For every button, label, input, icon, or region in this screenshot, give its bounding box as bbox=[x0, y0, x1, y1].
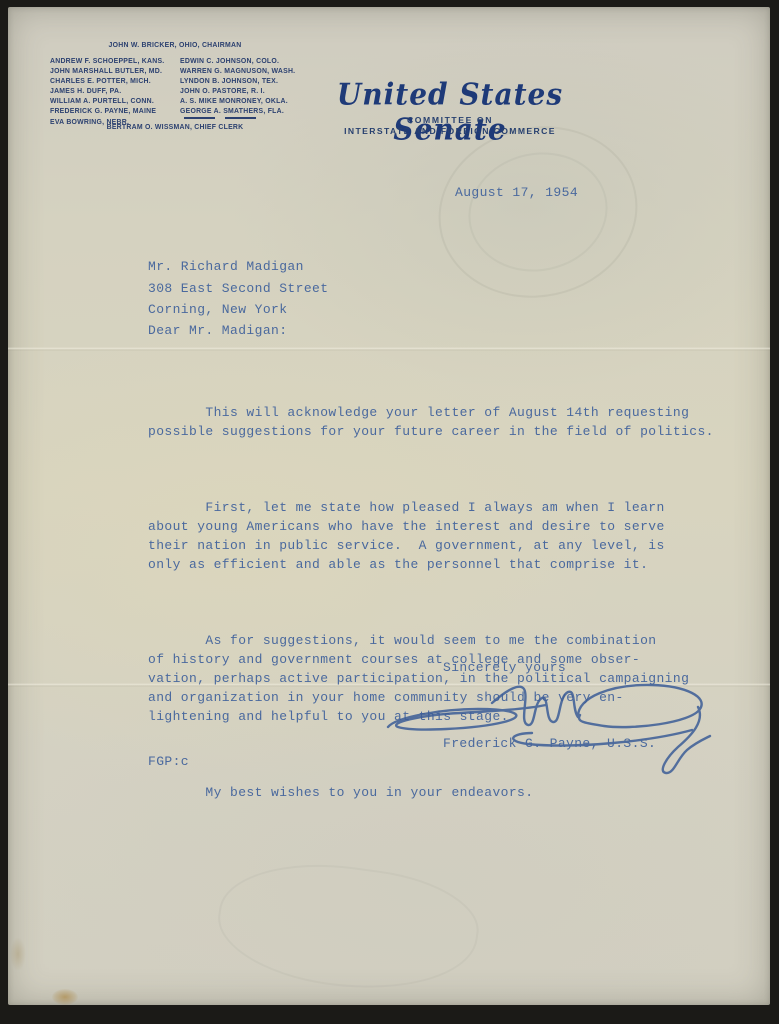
signature-autograph bbox=[380, 675, 716, 783]
committee-name-label: INTERSTATE AND FOREIGN COMMERCE bbox=[300, 126, 600, 136]
salutation-line: Dear Mr. Madigan: bbox=[148, 321, 287, 340]
committee-members-left-column: ANDREW F. SCHOEPPEL, KANS. JOHN MARSHALL… bbox=[50, 57, 185, 128]
chief-clerk-line: BERTRAM O. WISSMAN, CHIEF CLERK bbox=[40, 123, 310, 133]
body-paragraph: First, let me state how pleased I always… bbox=[148, 498, 708, 574]
committee-on-label: COMMITTEE ON bbox=[300, 115, 600, 125]
recipient-address-block: Mr. Richard Madigan 308 East Second Stre… bbox=[148, 256, 328, 321]
signature-left-loop bbox=[388, 705, 546, 729]
committee-members-right-column: EDWIN C. JOHNSON, COLO. WARREN G. MAGNUS… bbox=[180, 57, 315, 118]
body-paragraph: My best wishes to you in your endeavors. bbox=[148, 783, 708, 802]
member-divider-dash bbox=[225, 117, 256, 119]
faint-watermark bbox=[211, 849, 485, 1004]
paper-stain bbox=[52, 989, 78, 1005]
letter-page: JOHN W. BRICKER, OHIO, CHAIRMAN ANDREW F… bbox=[8, 7, 770, 1005]
paper-stain-edge bbox=[10, 937, 26, 971]
signature-right-oval bbox=[578, 685, 702, 727]
committee-chairman-line: JOHN W. BRICKER, OHIO, CHAIRMAN bbox=[40, 41, 310, 50]
typist-initials: FGP:c bbox=[148, 752, 189, 771]
fold-crease-upper bbox=[8, 347, 770, 351]
letter-body: This will acknowledge your letter of Aug… bbox=[148, 365, 708, 859]
signature-typed-name: Frederick G. Payne, U.S.S. bbox=[443, 734, 656, 753]
member-divider-dash bbox=[184, 117, 215, 119]
body-paragraph: This will acknowledge your letter of Aug… bbox=[148, 403, 708, 441]
scan-background: { "letterhead": { "chairman": "JOHN W. B… bbox=[0, 0, 779, 1024]
letter-date: August 17, 1954 bbox=[455, 183, 578, 202]
senate-masthead-title: United States Senate bbox=[300, 77, 600, 147]
